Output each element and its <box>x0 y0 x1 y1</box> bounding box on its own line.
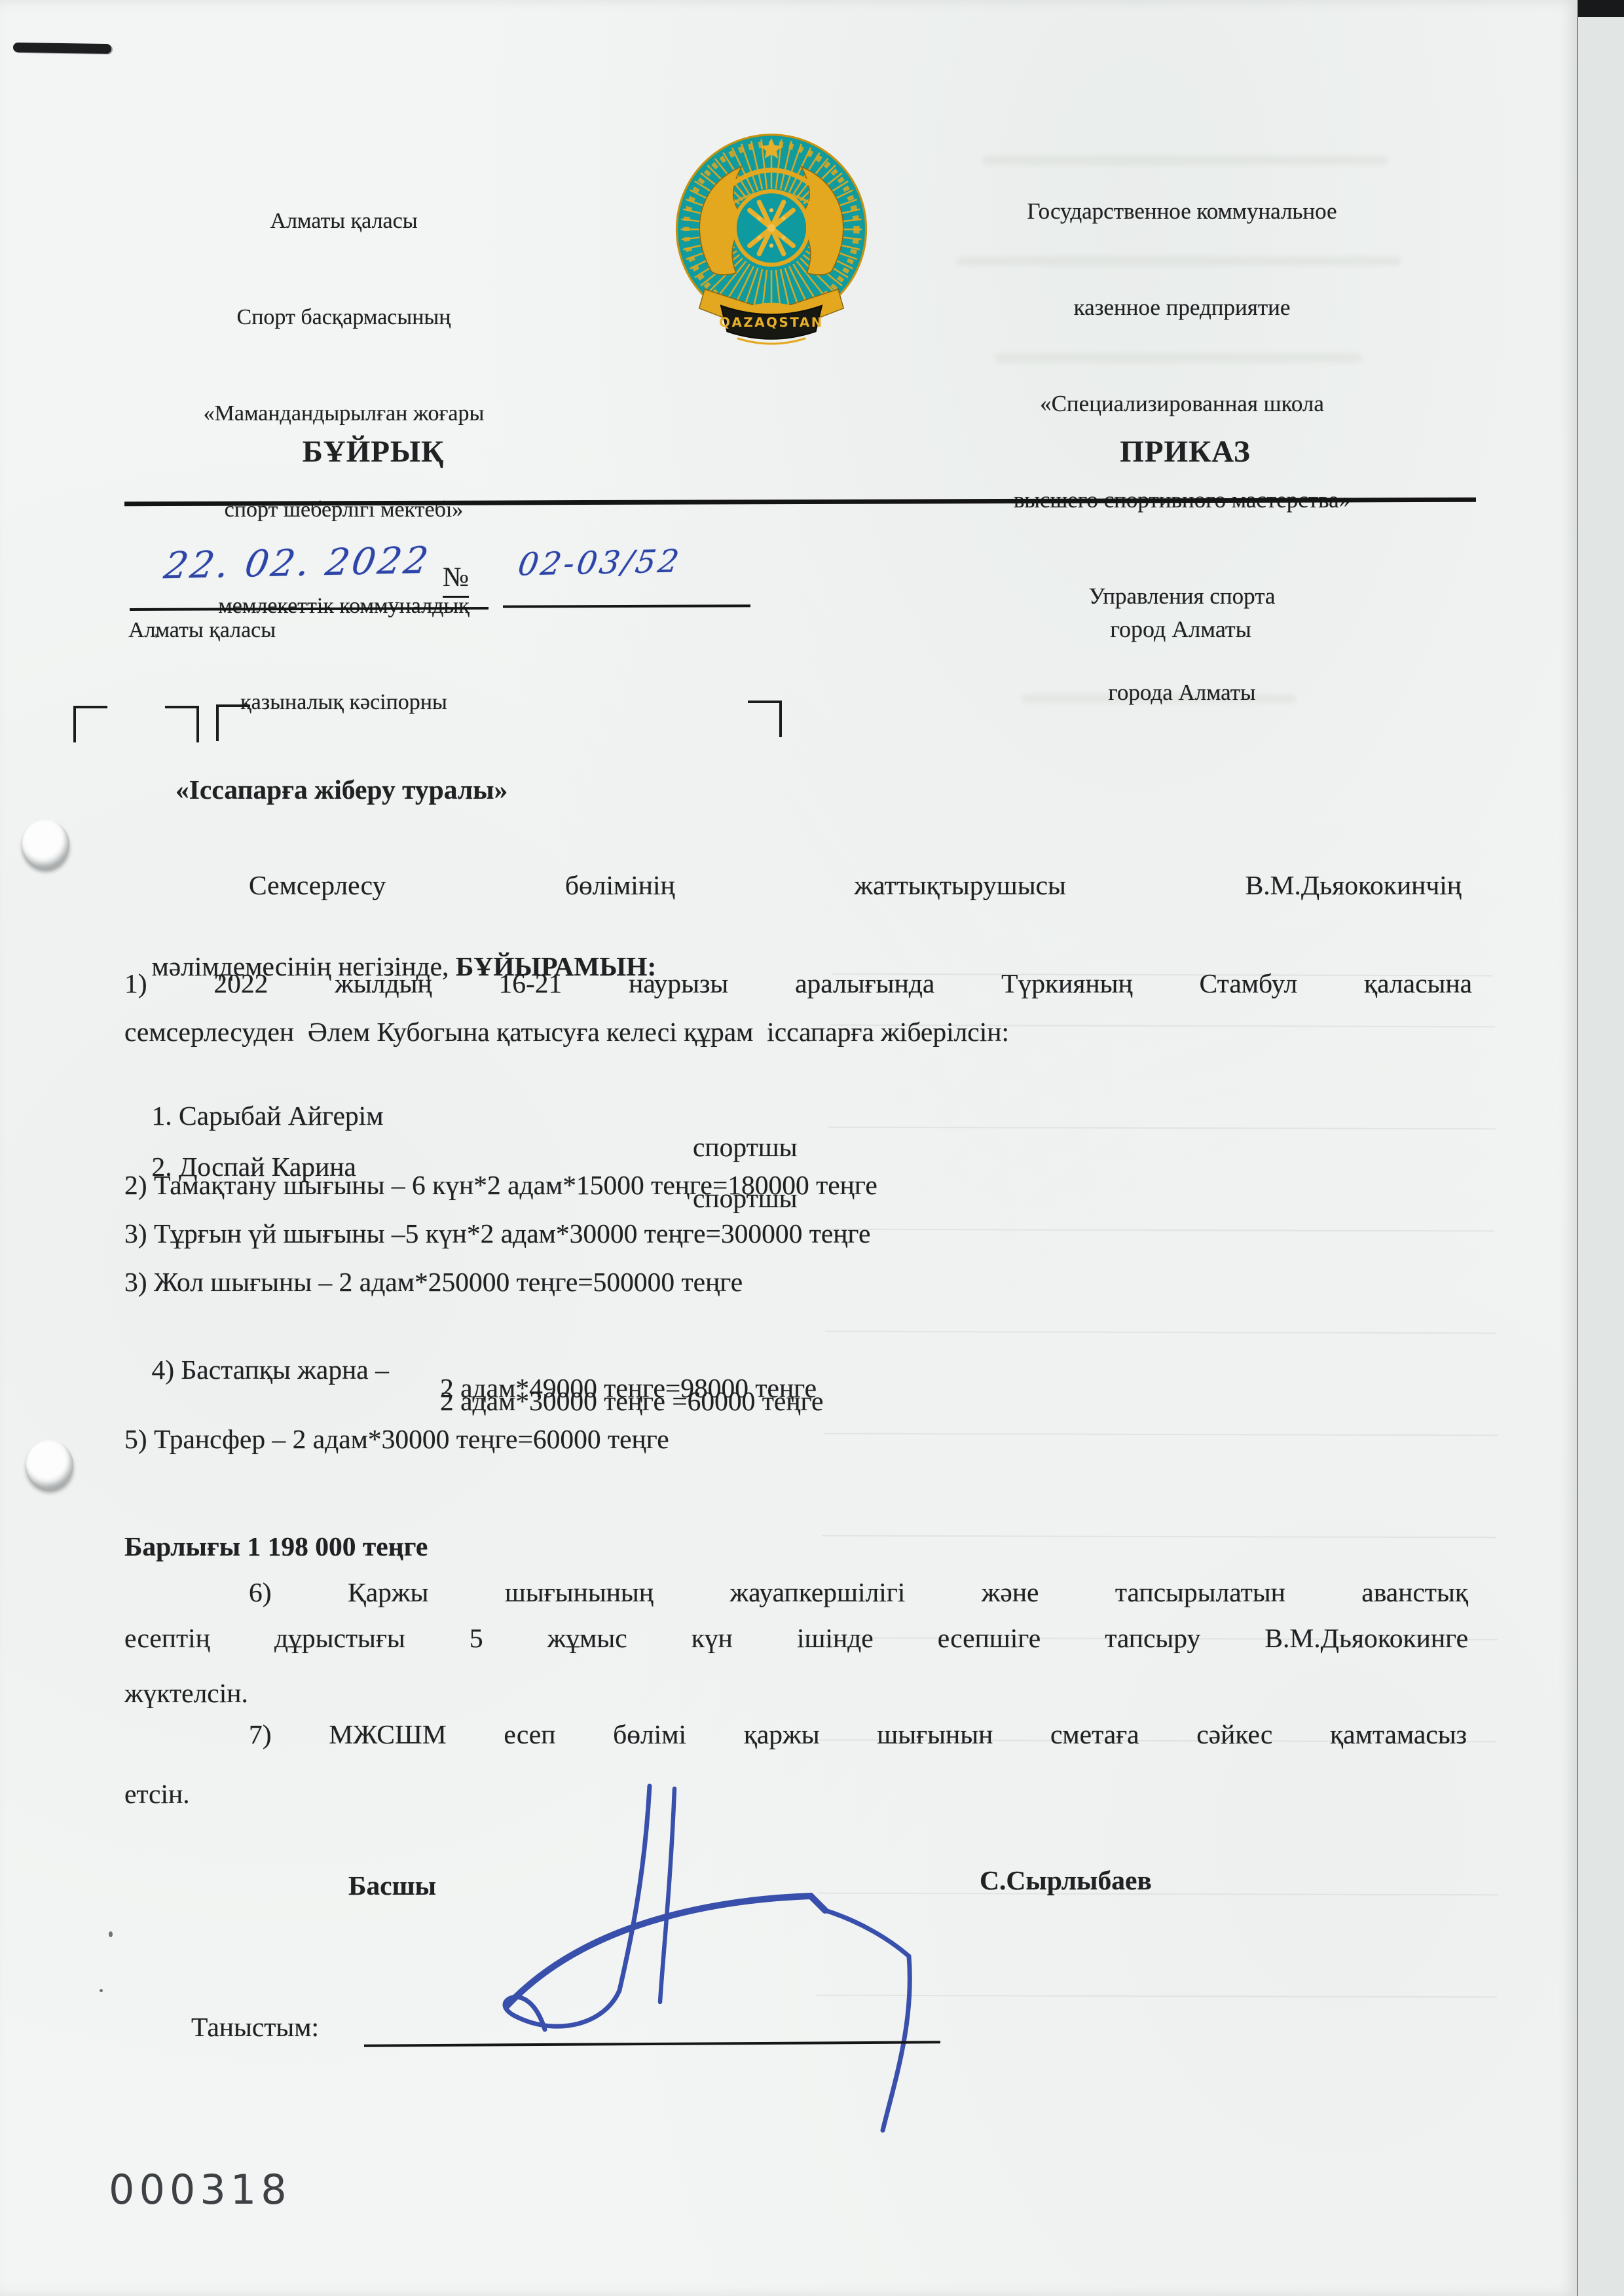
trainer-name: В.М.Дьяококинчің <box>1246 869 1462 901</box>
form-serial-number: 000318 <box>109 2166 291 2214</box>
corner-mark <box>748 701 782 737</box>
org-line: «Специализированная школа <box>910 388 1454 420</box>
org-line: Алматы қаласы <box>101 205 586 237</box>
item-label: 4) Бастапқы жарна – <box>152 1355 389 1385</box>
corner-mark <box>73 706 107 742</box>
handwritten-order-number: 02-03/52 <box>515 543 684 583</box>
corner-mark <box>165 706 199 742</box>
org-line: Управления спорта <box>910 580 1454 612</box>
body-word: бөлімінің <box>565 869 675 901</box>
org-line: города Алматы <box>910 676 1454 708</box>
body-word: Семсерлесу <box>249 869 386 901</box>
scan-edge-shadow <box>1578 0 1624 17</box>
place-kazakh: Алматы қаласы <box>128 618 276 643</box>
ink-speck <box>109 1931 113 1937</box>
number-underline <box>503 604 750 608</box>
total-amount: Барлығы 1 198 000 теңге <box>124 1531 428 1562</box>
body-item-7-line-2: етсін. <box>124 1778 190 1810</box>
body-word: жаттықтырушысы <box>854 869 1065 901</box>
scanner-background-edge <box>1577 0 1624 2296</box>
order-title-russian: ПРИКАЗ <box>1080 434 1290 469</box>
corner-mark <box>216 704 250 741</box>
emblem-banner-text: QAZAQSTAN <box>719 315 824 330</box>
org-line: казенное предприятие <box>910 291 1454 323</box>
handwritten-signature <box>367 1715 1022 2174</box>
hole-punch <box>22 820 69 868</box>
org-line: «Мамандандырылған жоғары <box>101 397 586 429</box>
body-item-4-line-2: 2 адам*49000 теңге=98000 теңге <box>440 1372 817 1404</box>
org-line: спорт шеберлігі мектебі» <box>101 494 586 526</box>
body-item-5: 5) Трансфер – 2 адам*30000 теңге=60000 т… <box>124 1423 669 1455</box>
body-paragraph-1: Семсерлесу бөлімінің жаттықтырушысы В.М.… <box>249 869 1462 901</box>
org-line: Государственное коммунальное <box>910 195 1454 227</box>
kazakhstan-coat-of-arms: QAZAQSTAN <box>669 127 874 355</box>
order-title-kazakh: БҰЙРЫҚ <box>275 434 471 469</box>
handwritten-date: 22. 02. 2022 <box>161 539 434 587</box>
body-item-6-line-2: есептің дұрыстығы 5 жұмыс күн ішінде есе… <box>124 1622 1468 1654</box>
place-russian: город Алматы <box>1079 615 1282 643</box>
body-item-1-line-2: семсерлесуден Әлем Кубогына қатысуға кел… <box>124 1016 1009 1048</box>
body-item-3b: 3) Жол шығыны – 2 адам*250000 теңге=5000… <box>124 1266 743 1298</box>
body-item-6-line-1: 6) Қаржы шығынының жауапкершілігі және т… <box>249 1576 1468 1608</box>
body-item-1-line-1: 1) 2022 жылдың 16-21 наурызы аралығында … <box>124 968 1472 999</box>
scan-artifact-pen-mark <box>13 43 111 54</box>
org-line: Спорт басқармасының <box>101 301 586 333</box>
number-sign: № <box>443 562 469 598</box>
scanned-document-page: Алматы қаласы Спорт басқармасының «Маман… <box>0 0 1577 2296</box>
body-item-2: 2) Тамақтану шығыны – 6 күн*2 адам*15000… <box>124 1169 877 1201</box>
subject-title: «Іссапарға жіберу туралы» <box>175 774 507 805</box>
ink-speck <box>100 1989 103 1992</box>
body-item-3: 3) Тұрғын үй шығыны –5 күн*2 адам*30000 … <box>124 1218 870 1249</box>
acknowledged-label: Таныстым: <box>191 2011 319 2043</box>
body-paragraph-1-cont: мәлімдемесінің негізінде, БҰЙЫРАМЫН: <box>124 919 656 1013</box>
body-item-6-line-3: жүктелсін. <box>124 1677 248 1709</box>
hole-punch <box>26 1440 73 1489</box>
